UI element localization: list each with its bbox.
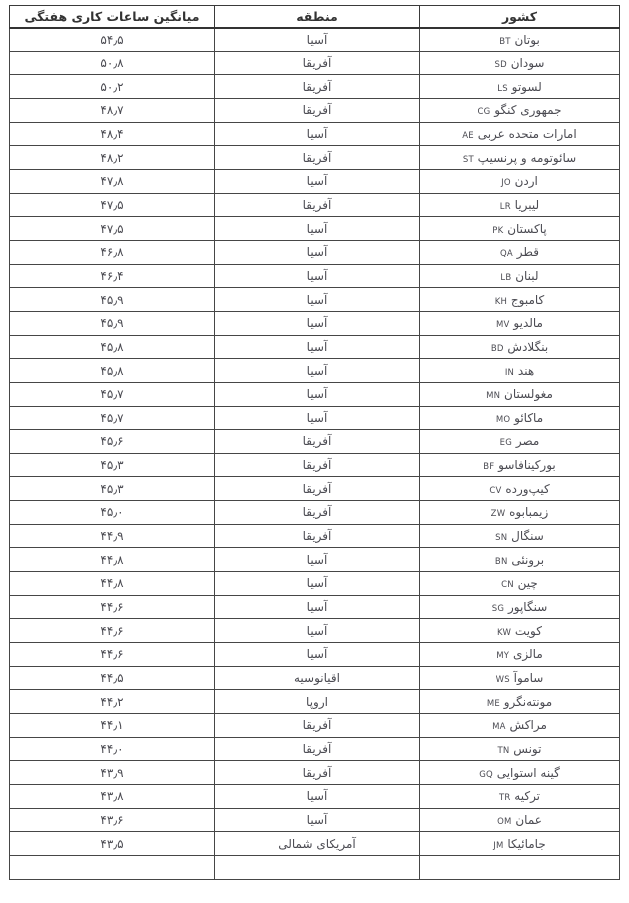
hours-cell: ۵۰٫۲ — [10, 75, 215, 99]
table-row: کیپ‌ورده CV آفریقا ۴۵٫۳ — [10, 477, 620, 501]
hours-cell: ۴۵٫۷ — [10, 382, 215, 406]
country-code: LR — [500, 202, 511, 212]
country-name: برونئی — [511, 553, 544, 567]
country-cell: مونته‌نگرو ME — [420, 690, 620, 714]
region-cell: آفریقا — [215, 737, 420, 761]
country-code: JO — [501, 178, 511, 188]
country-name: ترکیه — [514, 789, 540, 803]
region-cell: آسیا — [215, 311, 420, 335]
hours-cell: ۴۴٫۸ — [10, 548, 215, 572]
region-cell: آفریقا — [215, 193, 420, 217]
country-name: کویت — [515, 624, 542, 638]
hours-cell: ۴۷٫۵ — [10, 217, 215, 241]
hours-cell: ۴۴٫۲ — [10, 690, 215, 714]
country-cell: کامبوج KH — [420, 288, 620, 312]
country-code: SG — [492, 604, 504, 614]
country-code: BF — [483, 462, 494, 472]
table-row: بورکینافاسو BF آفریقا ۴۵٫۳ — [10, 453, 620, 477]
country-name: مراکش — [509, 718, 546, 732]
country-cell: ترکیه TR — [420, 785, 620, 809]
country-code: CG — [478, 107, 491, 117]
hours-cell: ۴۴٫۰ — [10, 737, 215, 761]
region-cell: آسیا — [215, 264, 420, 288]
country-name: جمهوری کنگو — [494, 103, 561, 117]
country-cell: چین CN — [420, 572, 620, 596]
country-cell: هند IN — [420, 359, 620, 383]
table-row: لسوتو LS آفریقا ۵۰٫۲ — [10, 75, 620, 99]
table-row: مراکش MA آفریقا ۴۴٫۱ — [10, 714, 620, 738]
country-code: TR — [499, 793, 511, 803]
country-code: MO — [496, 415, 510, 425]
country-code: IN — [505, 368, 514, 378]
hours-cell: ۵۴٫۵ — [10, 28, 215, 52]
table-row: مصر EG آفریقا ۴۵٫۶ — [10, 430, 620, 454]
table-row: مالزی MY آسیا ۴۴٫۶ — [10, 643, 620, 667]
country-code: KH — [495, 297, 507, 307]
hours-cell: ۴۶٫۴ — [10, 264, 215, 288]
country-cell: سنگال SN — [420, 524, 620, 548]
table-row: کویت KW آسیا ۴۴٫۶ — [10, 619, 620, 643]
table-row: سودان SD آفریقا ۵۰٫۸ — [10, 51, 620, 75]
region-cell: آسیا — [215, 217, 420, 241]
region-cell: آسیا — [215, 643, 420, 667]
country-name: تونس — [513, 742, 541, 756]
table-row: لبنان LB آسیا ۴۶٫۴ — [10, 264, 620, 288]
country-cell: سنگاپور SG — [420, 595, 620, 619]
country-cell: سائوتومه و پرنسیپ ST — [420, 146, 620, 170]
country-cell: بوتان BT — [420, 28, 620, 52]
country-code: SN — [495, 533, 507, 543]
country-name: چین — [518, 576, 538, 590]
country-cell: لسوتو LS — [420, 75, 620, 99]
table-row: بوتان BT آسیا ۵۴٫۵ — [10, 28, 620, 52]
country-code: JM — [493, 841, 503, 851]
country-name: اردن — [515, 174, 538, 188]
table-head: کشور منطقه میانگین ساعات کاری هفتگی — [10, 6, 620, 28]
hours-cell: ۵۰٫۸ — [10, 51, 215, 75]
country-code: CV — [489, 486, 501, 496]
table-row: لیبریا LR آفریقا ۴۷٫۵ — [10, 193, 620, 217]
table-row: پاکستان PK آسیا ۴۷٫۵ — [10, 217, 620, 241]
table-row: اردن JO آسیا ۴۷٫۸ — [10, 169, 620, 193]
hours-cell: ۴۵٫۳ — [10, 453, 215, 477]
country-cell: کویت KW — [420, 619, 620, 643]
country-name: مصر — [516, 434, 539, 448]
region-cell: آفریقا — [215, 524, 420, 548]
table-row — [10, 855, 620, 879]
country-name: لبنان — [515, 269, 538, 283]
country-code: PK — [492, 226, 503, 236]
country-name: جامائیکا — [507, 837, 545, 851]
country-code: MA — [492, 722, 506, 732]
country-cell: ساموآ WS — [420, 666, 620, 690]
country-code: WS — [496, 675, 510, 685]
country-code: ZW — [491, 509, 506, 519]
region-cell: آسیا — [215, 619, 420, 643]
hours-cell: ۴۵٫۰ — [10, 501, 215, 525]
country-code: SD — [495, 60, 507, 70]
country-name: سائوتومه و پرنسیپ — [478, 151, 576, 165]
country-name: عمان — [515, 813, 542, 827]
table-row: کامبوج KH آسیا ۴۵٫۹ — [10, 288, 620, 312]
country-code: ST — [463, 155, 474, 165]
hours-cell: ۴۴٫۶ — [10, 619, 215, 643]
country-code: TN — [498, 746, 510, 756]
country-cell: لبنان LB — [420, 264, 620, 288]
country-code: MV — [496, 320, 510, 330]
region-cell: آسیا — [215, 406, 420, 430]
country-name: مغولستان — [504, 387, 553, 401]
country-name: ماکائو — [514, 411, 543, 425]
country-code: KW — [497, 628, 511, 638]
table-row: سائوتومه و پرنسیپ ST آفریقا ۴۸٫۲ — [10, 146, 620, 170]
table-row: مغولستان MN آسیا ۴۵٫۷ — [10, 382, 620, 406]
country-cell: برونئی BN — [420, 548, 620, 572]
table-row: قطر QA آسیا ۴۶٫۸ — [10, 240, 620, 264]
region-cell — [215, 855, 420, 879]
hours-cell: ۴۴٫۶ — [10, 643, 215, 667]
region-cell: آفریقا — [215, 430, 420, 454]
country-code: CN — [501, 580, 514, 590]
header-hours: میانگین ساعات کاری هفتگی — [10, 6, 215, 28]
table-row: زیمبابوه ZW آفریقا ۴۵٫۰ — [10, 501, 620, 525]
region-cell: آمریکای شمالی — [215, 832, 420, 856]
country-name: بنگلادش — [507, 340, 548, 354]
country-code: MY — [496, 651, 509, 661]
table-row: چین CN آسیا ۴۴٫۸ — [10, 572, 620, 596]
country-cell: سودان SD — [420, 51, 620, 75]
table-row: جمهوری کنگو CG آفریقا ۴۸٫۷ — [10, 98, 620, 122]
region-cell: آسیا — [215, 785, 420, 809]
country-cell: بنگلادش BD — [420, 335, 620, 359]
country-cell: زیمبابوه ZW — [420, 501, 620, 525]
region-cell: آسیا — [215, 548, 420, 572]
country-name: کیپ‌ورده — [505, 482, 549, 496]
country-code: LB — [500, 273, 511, 283]
region-cell: اروپا — [215, 690, 420, 714]
page-body: { "colors": { "background": "#ffffff", "… — [0, 0, 629, 903]
country-name: بورکینافاسو — [498, 458, 556, 472]
country-name: گینه استوایی — [497, 766, 560, 780]
hours-cell: ۴۴٫۸ — [10, 572, 215, 596]
country-cell: مالدیو MV — [420, 311, 620, 335]
table-row: ترکیه TR آسیا ۴۳٫۸ — [10, 785, 620, 809]
hours-cell: ۴۴٫۶ — [10, 595, 215, 619]
table-row: عمان OM آسیا ۴۳٫۶ — [10, 808, 620, 832]
table-row: مونته‌نگرو ME اروپا ۴۴٫۲ — [10, 690, 620, 714]
country-name: سنگاپور — [508, 600, 547, 614]
country-name: لیبریا — [515, 198, 540, 212]
country-name: قطر — [517, 245, 539, 259]
hours-cell — [10, 855, 215, 879]
country-cell: بورکینافاسو BF — [420, 453, 620, 477]
header-row: کشور منطقه میانگین ساعات کاری هفتگی — [10, 6, 620, 28]
country-code: ME — [487, 699, 500, 709]
country-code: QA — [500, 249, 513, 259]
hours-cell: ۴۵٫۳ — [10, 477, 215, 501]
hours-cell: ۴۸٫۲ — [10, 146, 215, 170]
country-name: لسوتو — [512, 80, 542, 94]
table-row: تونس TN آفریقا ۴۴٫۰ — [10, 737, 620, 761]
table-row: ماکائو MO آسیا ۴۵٫۷ — [10, 406, 620, 430]
region-cell: آفریقا — [215, 761, 420, 785]
region-cell: آفریقا — [215, 453, 420, 477]
country-cell: امارات متحده عربی AE — [420, 122, 620, 146]
table-row: سنگاپور SG آسیا ۴۴٫۶ — [10, 595, 620, 619]
table-row: سنگال SN آفریقا ۴۴٫۹ — [10, 524, 620, 548]
country-name: مونته‌نگرو — [504, 695, 552, 709]
region-cell: آسیا — [215, 382, 420, 406]
hours-cell: ۴۵٫۶ — [10, 430, 215, 454]
table-row: هند IN آسیا ۴۵٫۸ — [10, 359, 620, 383]
region-cell: آسیا — [215, 595, 420, 619]
country-name: مالزی — [513, 647, 543, 661]
country-name: بوتان — [514, 33, 539, 47]
country-name: امارات متحده عربی — [478, 127, 577, 141]
region-cell: آسیا — [215, 122, 420, 146]
country-code: BD — [491, 344, 504, 354]
region-cell: آسیا — [215, 359, 420, 383]
country-cell: ماکائو MO — [420, 406, 620, 430]
country-cell: جامائیکا JM — [420, 832, 620, 856]
region-cell: آفریقا — [215, 477, 420, 501]
country-name: سودان — [511, 56, 545, 70]
header-country: کشور — [420, 6, 620, 28]
header-region: منطقه — [215, 6, 420, 28]
table-body: بوتان BT آسیا ۵۴٫۵ سودان SD آفریقا ۵۰٫۸ … — [10, 28, 620, 880]
region-cell: آفریقا — [215, 714, 420, 738]
country-cell: گینه استوایی GQ — [420, 761, 620, 785]
country-cell: مراکش MA — [420, 714, 620, 738]
table-row: مالدیو MV آسیا ۴۵٫۹ — [10, 311, 620, 335]
country-cell: قطر QA — [420, 240, 620, 264]
region-cell: آسیا — [215, 169, 420, 193]
page: کشور منطقه میانگین ساعات کاری هفتگی بوتا… — [0, 0, 629, 880]
table-row: جامائیکا JM آمریکای شمالی ۴۳٫۵ — [10, 832, 620, 856]
country-cell: عمان OM — [420, 808, 620, 832]
hours-cell: ۴۴٫۱ — [10, 714, 215, 738]
hours-cell: ۴۵٫۹ — [10, 288, 215, 312]
country-code: MN — [486, 391, 500, 401]
country-code: GQ — [479, 770, 493, 780]
hours-cell: ۴۵٫۹ — [10, 311, 215, 335]
country-cell: جمهوری کنگو CG — [420, 98, 620, 122]
region-cell: آفریقا — [215, 98, 420, 122]
hours-cell: ۴۶٫۸ — [10, 240, 215, 264]
country-code: BN — [495, 557, 508, 567]
country-cell: مالزی MY — [420, 643, 620, 667]
hours-cell: ۴۸٫۷ — [10, 98, 215, 122]
hours-cell: ۴۴٫۵ — [10, 666, 215, 690]
hours-cell: ۴۷٫۵ — [10, 193, 215, 217]
country-name: مالدیو — [513, 316, 543, 330]
country-cell — [420, 855, 620, 879]
region-cell: اقیانوسیه — [215, 666, 420, 690]
region-cell: آسیا — [215, 288, 420, 312]
country-cell: مغولستان MN — [420, 382, 620, 406]
region-cell: آفریقا — [215, 75, 420, 99]
country-code: BT — [499, 37, 510, 47]
country-cell: تونس TN — [420, 737, 620, 761]
country-name: کامبوج — [511, 293, 544, 307]
country-code: LS — [497, 84, 508, 94]
hours-cell: ۴۵٫۸ — [10, 359, 215, 383]
region-cell: آفریقا — [215, 51, 420, 75]
region-cell: آسیا — [215, 240, 420, 264]
table-row: امارات متحده عربی AE آسیا ۴۸٫۴ — [10, 122, 620, 146]
country-cell: اردن JO — [420, 169, 620, 193]
hours-cell: ۴۴٫۹ — [10, 524, 215, 548]
table-row: بنگلادش BD آسیا ۴۵٫۸ — [10, 335, 620, 359]
table-row: برونئی BN آسیا ۴۴٫۸ — [10, 548, 620, 572]
country-cell: مصر EG — [420, 430, 620, 454]
region-cell: آسیا — [215, 335, 420, 359]
region-cell: آفریقا — [215, 501, 420, 525]
hours-cell: ۴۳٫۶ — [10, 808, 215, 832]
table-row: ساموآ WS اقیانوسیه ۴۴٫۵ — [10, 666, 620, 690]
hours-cell: ۴۵٫۸ — [10, 335, 215, 359]
hours-cell: ۴۷٫۸ — [10, 169, 215, 193]
hours-cell: ۴۳٫۹ — [10, 761, 215, 785]
country-cell: پاکستان PK — [420, 217, 620, 241]
country-name: هند — [518, 364, 534, 378]
country-cell: لیبریا LR — [420, 193, 620, 217]
country-name: زیمبابوه — [509, 505, 548, 519]
country-code: EG — [500, 438, 512, 448]
region-cell: آسیا — [215, 808, 420, 832]
country-code: AE — [462, 131, 474, 141]
region-cell: آسیا — [215, 28, 420, 52]
hours-cell: ۴۵٫۷ — [10, 406, 215, 430]
country-cell: کیپ‌ورده CV — [420, 477, 620, 501]
region-cell: آفریقا — [215, 146, 420, 170]
region-cell: آسیا — [215, 572, 420, 596]
working-hours-table: کشور منطقه میانگین ساعات کاری هفتگی بوتا… — [9, 5, 620, 880]
country-code: OM — [497, 817, 511, 827]
country-name: ساموآ — [514, 671, 544, 685]
hours-cell: ۴۸٫۴ — [10, 122, 215, 146]
country-name: پاکستان — [507, 222, 547, 236]
country-name: سنگال — [511, 529, 544, 543]
hours-cell: ۴۳٫۵ — [10, 832, 215, 856]
table-row: گینه استوایی GQ آفریقا ۴۳٫۹ — [10, 761, 620, 785]
hours-cell: ۴۳٫۸ — [10, 785, 215, 809]
